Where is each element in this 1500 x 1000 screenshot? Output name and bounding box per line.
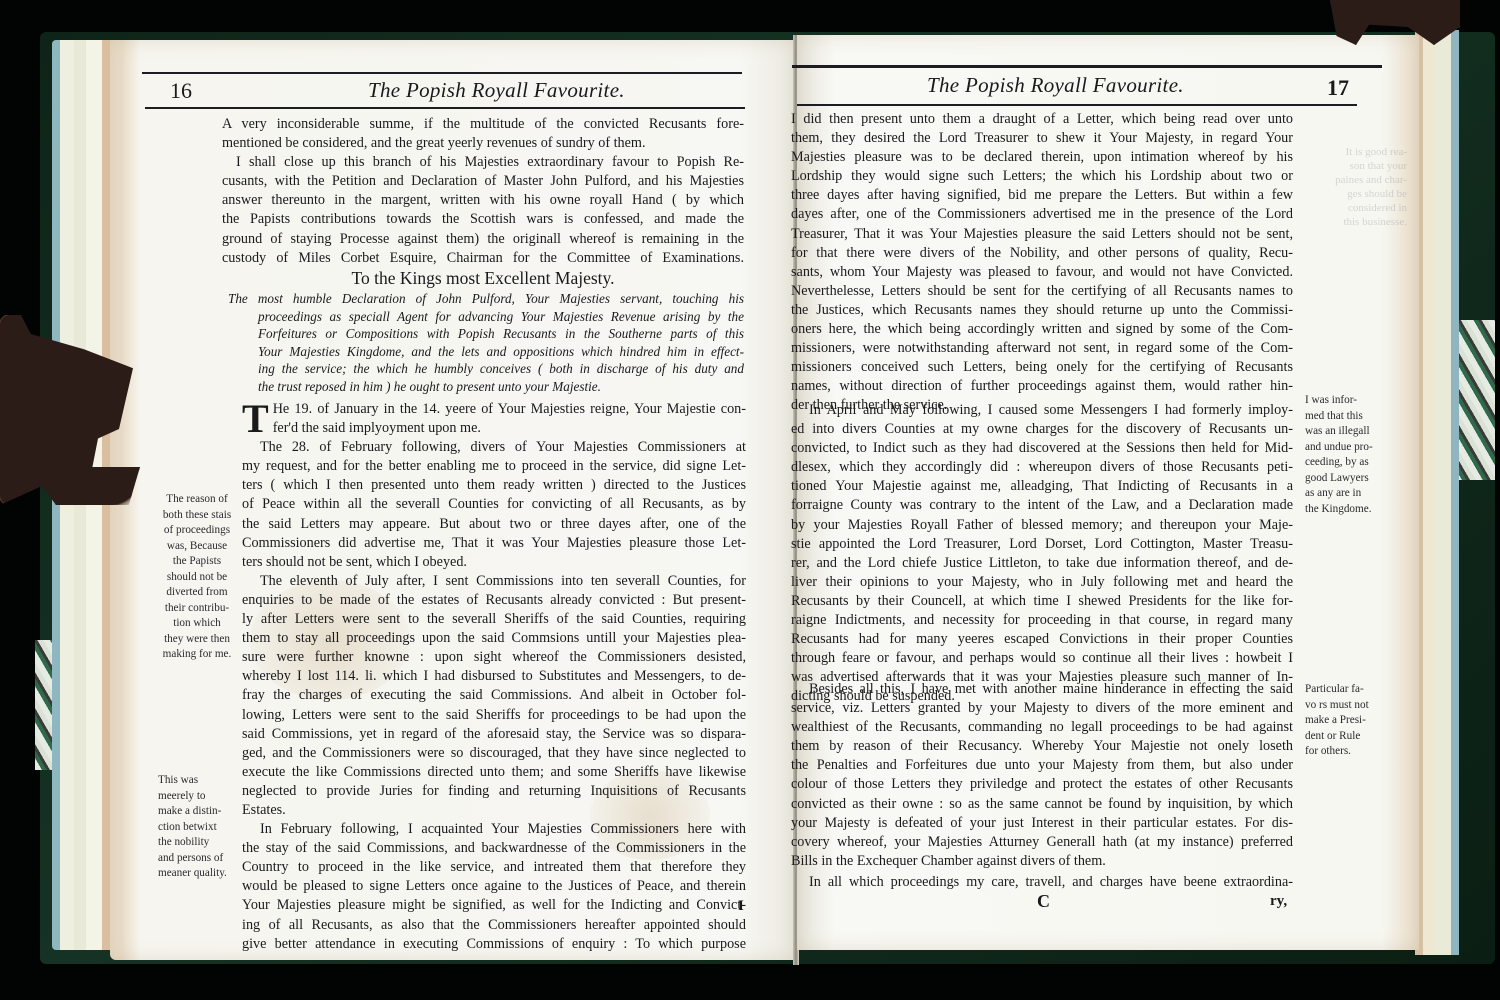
- text-line: convicted, to Indict such as they had di…: [791, 439, 1293, 458]
- margin-note-line: for others.: [1305, 744, 1369, 760]
- text-line: Commissioners did advertise me, That it …: [242, 534, 746, 553]
- text-line: He 19. of January in the 14. yeere of Yo…: [242, 400, 746, 419]
- margin-note-line: Particular fa-: [1305, 682, 1369, 698]
- margin-note: I was infor- med that this was an illega…: [1305, 393, 1373, 517]
- text-line: said Commissions, yet in regard of the a…: [242, 725, 746, 744]
- text-line: Neverthelesse, Letters should be sent fo…: [791, 282, 1293, 301]
- text-line: In February following, I acquainted Your…: [242, 820, 746, 839]
- text-line: dlesex, which they accordingly did : whe…: [791, 458, 1293, 477]
- text-line: fray the charges of executing the said C…: [242, 686, 746, 705]
- margin-note-line: the Kingdome.: [1305, 502, 1373, 518]
- text-line: Majesties pleasure was to be declared th…: [791, 148, 1293, 167]
- text-line: give better attendance in executing Comm…: [242, 935, 746, 954]
- text-line: dayes after, one of the Commissioners ad…: [791, 205, 1293, 224]
- margin-note-line: tion which: [156, 616, 238, 632]
- text-line: I did then present unto them a draught o…: [791, 110, 1293, 129]
- margin-note-line: diverted from: [156, 585, 238, 601]
- text-line: them, they desired the Lord Treasurer to…: [791, 129, 1293, 148]
- margin-note-line: This was: [158, 773, 227, 789]
- show-through-text: It is good rea-son that yourpaines and c…: [1327, 145, 1407, 229]
- text-line: them by reason of their Recusancy. Where…: [791, 737, 1293, 756]
- text-line: for that there were divers of the Nobili…: [791, 244, 1293, 263]
- text-line: I shall close up this branch of his Maje…: [222, 153, 744, 172]
- text-line: Your Majesties Kingdome, and the lets an…: [228, 343, 744, 361]
- text-line: wealthiest of the Recusants, commanding …: [791, 718, 1293, 737]
- text-line: sure were further knowne : upon sight wh…: [242, 648, 746, 667]
- margin-note-line: and undue pro-: [1305, 440, 1373, 456]
- text-line: answer thereunto in the margent, written…: [222, 191, 744, 210]
- margin-note: The reason of both these stais of procee…: [156, 492, 238, 663]
- body-text: In April and May following, I caused som…: [791, 401, 1293, 707]
- text-line: colour of those Letters they priviledge …: [791, 775, 1293, 794]
- text-line: by your Majesties Royall Father of bless…: [791, 516, 1293, 535]
- text-line: forraigne County was contrary to the int…: [791, 496, 1293, 515]
- body-text: In all which proceedings my care, travel…: [791, 873, 1293, 892]
- text-line: The most humble Declaration of John Pulf…: [228, 290, 744, 308]
- text-line: your Majesty is defeated of your just In…: [791, 814, 1293, 833]
- text-line: custody of Miles Corbet Esquire, Chairma…: [222, 249, 744, 268]
- header-rule-bottom: [797, 104, 1357, 106]
- body-text: T He 19. of January in the 14. yeere of …: [242, 400, 746, 954]
- text-line: three dayes after having signified, bid …: [791, 186, 1293, 205]
- right-page: The Popish Royall Favourite. 17 It is go…: [797, 35, 1419, 950]
- text-line: the Penalties and Forfeitures due unto y…: [791, 756, 1293, 775]
- margin-note-line: the Papists: [156, 554, 238, 570]
- text-line: Recusants by their Councell, at which ti…: [791, 592, 1293, 611]
- header-rule-bottom: [145, 107, 745, 109]
- running-head: The Popish Royall Favourite.: [927, 73, 1184, 98]
- text-line: proceedings as speciall Agent for advanc…: [228, 308, 744, 326]
- text-line: The 28. of February following, divers of…: [242, 438, 746, 457]
- margin-note-line: making for me.: [156, 647, 238, 663]
- signature-mark: C: [1037, 891, 1050, 912]
- declaration-text: The most humble Declaration of John Pulf…: [228, 290, 744, 396]
- margin-note-line: they were then: [156, 632, 238, 648]
- text-line: Treasurer, That it was Your Majesties pl…: [791, 225, 1293, 244]
- text-line: whereby I lost 114. li. which I had disb…: [242, 667, 746, 686]
- text-line: the Justices, which Recusants names they…: [791, 301, 1293, 320]
- text-line: through feare or favour, and perhaps wou…: [791, 649, 1293, 668]
- margin-note-line: both these stais: [156, 508, 238, 524]
- text-line: rer, and the Lord chiefe Justice Littlet…: [791, 554, 1293, 573]
- header-rule-top: [792, 65, 1382, 68]
- text-line: Recusants had for many yeeres escaped Co…: [791, 630, 1293, 649]
- body-text: I did then present unto them a draught o…: [791, 110, 1293, 416]
- margin-note-line: ceeding, by as: [1305, 455, 1373, 471]
- margin-note-line: meaner quality.: [158, 866, 227, 882]
- text-line: Estates.: [242, 801, 746, 820]
- text-line: fer'd the said implyoyment upon me.: [242, 419, 746, 438]
- margin-note-line: was, Because: [156, 539, 238, 555]
- text-line: Besides all this, I have met with anothe…: [791, 680, 1293, 699]
- intro-text: A very inconsiderable summe, if the mult…: [222, 115, 744, 268]
- text-line: Forfeitures or Compositions with Popish …: [228, 325, 744, 343]
- text-line: Country to proceed in the like service, …: [242, 858, 746, 877]
- text-line: convicted as their owne : so as the same…: [791, 795, 1293, 814]
- text-line: my request, and for the better enabling …: [242, 457, 746, 476]
- page-edges-right: [1415, 30, 1465, 955]
- page-number: 17: [1327, 75, 1349, 101]
- margin-note-line: dent or Rule: [1305, 729, 1369, 745]
- text-line: neglected to provide Juries for finding …: [242, 782, 746, 801]
- text-line: In all which proceedings my care, travel…: [791, 873, 1293, 892]
- text-line: Bills in the Exchequer Chamber against d…: [791, 852, 1293, 871]
- text-line: liver their opinions to your Majesty, wh…: [791, 573, 1293, 592]
- text-line: missioners conceived such Letters, being…: [791, 358, 1293, 377]
- margin-note-line: and persons of: [158, 851, 227, 867]
- margin-note-line: make a distin-: [158, 804, 227, 820]
- margin-note-line: The reason of: [156, 492, 238, 508]
- left-page: 16 The Popish Royall Favourite. A very i…: [110, 40, 795, 960]
- section-heading: To the Kings most Excellent Majesty.: [222, 268, 744, 289]
- margin-note: Particular fa- vo rs must not make a Pre…: [1305, 682, 1369, 760]
- text-line: ged, and the Commissioners were so disco…: [242, 744, 746, 763]
- text-line: the said Letters may appeare. But about …: [242, 515, 746, 534]
- text-line: Lordship they would signe such Letters; …: [791, 167, 1293, 186]
- text-line: ing the service; the which he humbly con…: [228, 360, 744, 378]
- margin-note-line: as any are in: [1305, 486, 1373, 502]
- margin-note-line: ction betwixt: [158, 820, 227, 836]
- text-line: Your Majesties pleasure might be signifi…: [242, 896, 746, 915]
- text-line: them to stay all proceedings upon the sa…: [242, 629, 746, 648]
- text-line: the stay of the said Commissions, and ba…: [242, 839, 746, 858]
- body-text: Besides all this, I have met with anothe…: [791, 680, 1293, 871]
- margin-note-line: med that this: [1305, 409, 1373, 425]
- margin-note-line: good Lawyers: [1305, 471, 1373, 487]
- margin-note-line: I was infor-: [1305, 393, 1373, 409]
- margin-note: This was meerely to make a distin- ction…: [158, 773, 227, 882]
- margin-note-line: was an illegall: [1305, 424, 1373, 440]
- text-line: ground of staying Processe against them)…: [222, 230, 744, 249]
- text-line: service, viz. Letters granted by your Ma…: [791, 699, 1293, 718]
- text-line: of Peace within all the severall Countie…: [242, 495, 746, 514]
- drop-cap: T: [242, 402, 269, 436]
- margin-note-line: should not be: [156, 570, 238, 586]
- text-line: enquiries to be made of the estates of R…: [242, 591, 746, 610]
- header-rule-top: [142, 72, 742, 74]
- text-line: ed into divers Counties at my owne charg…: [791, 420, 1293, 439]
- text-line: the trust reposed in him ) he ought to p…: [228, 378, 744, 396]
- catchword: ry,: [1270, 893, 1287, 910]
- catchword: I: [738, 898, 744, 915]
- margin-note-line: vo rs must not: [1305, 698, 1369, 714]
- text-line: covery whereof, your Majesties Atturney …: [791, 833, 1293, 852]
- text-line: lowing, Letters were sent to the said Sh…: [242, 706, 746, 725]
- margin-note-line: the nobility: [158, 835, 227, 851]
- text-line: In April and May following, I caused som…: [791, 401, 1293, 420]
- text-line: cusants, with the Petition and Declarati…: [222, 172, 744, 191]
- page-number: 16: [170, 78, 192, 104]
- text-line: tioned Your Majestie against me, alleadg…: [791, 477, 1293, 496]
- text-line: raigne Indictments, and necessity for pr…: [791, 611, 1293, 630]
- margin-note-line: their contribu-: [156, 601, 238, 617]
- text-line: mentioned be considered, and the great y…: [222, 134, 744, 153]
- text-line: stie appointed the Lord Treasurer, Lord …: [791, 535, 1293, 554]
- text-line: execute the like Commissions directed un…: [242, 763, 746, 782]
- margin-note-line: meerely to: [158, 789, 227, 805]
- text-line: names, without direction of further proc…: [791, 377, 1293, 396]
- running-head: The Popish Royall Favourite.: [368, 78, 625, 103]
- text-line: The eleventh of July after, I sent Commi…: [242, 572, 746, 591]
- margin-note-line: of proceedings: [156, 523, 238, 539]
- text-line: the Papists contributions towards the Sc…: [222, 210, 744, 229]
- text-line: A very inconsiderable summe, if the mult…: [222, 115, 744, 134]
- text-line: ly after Letters were sent to the severa…: [242, 610, 746, 629]
- text-line: ing of all Recusants, as also that the C…: [242, 916, 746, 935]
- margin-note-line: make a Presi-: [1305, 713, 1369, 729]
- text-line: ters ( which I then presented unto them …: [242, 476, 746, 495]
- text-line: would be pleased to signe Letters once a…: [242, 877, 746, 896]
- text-line: oners here, the which being accordingly …: [791, 320, 1293, 339]
- text-line: sants, whom Your Majesty was pleased to …: [791, 263, 1293, 282]
- text-line: missioners, were notwithstanding afterwa…: [791, 339, 1293, 358]
- text-line: ters should not be sent, which I obeyed.: [242, 553, 746, 572]
